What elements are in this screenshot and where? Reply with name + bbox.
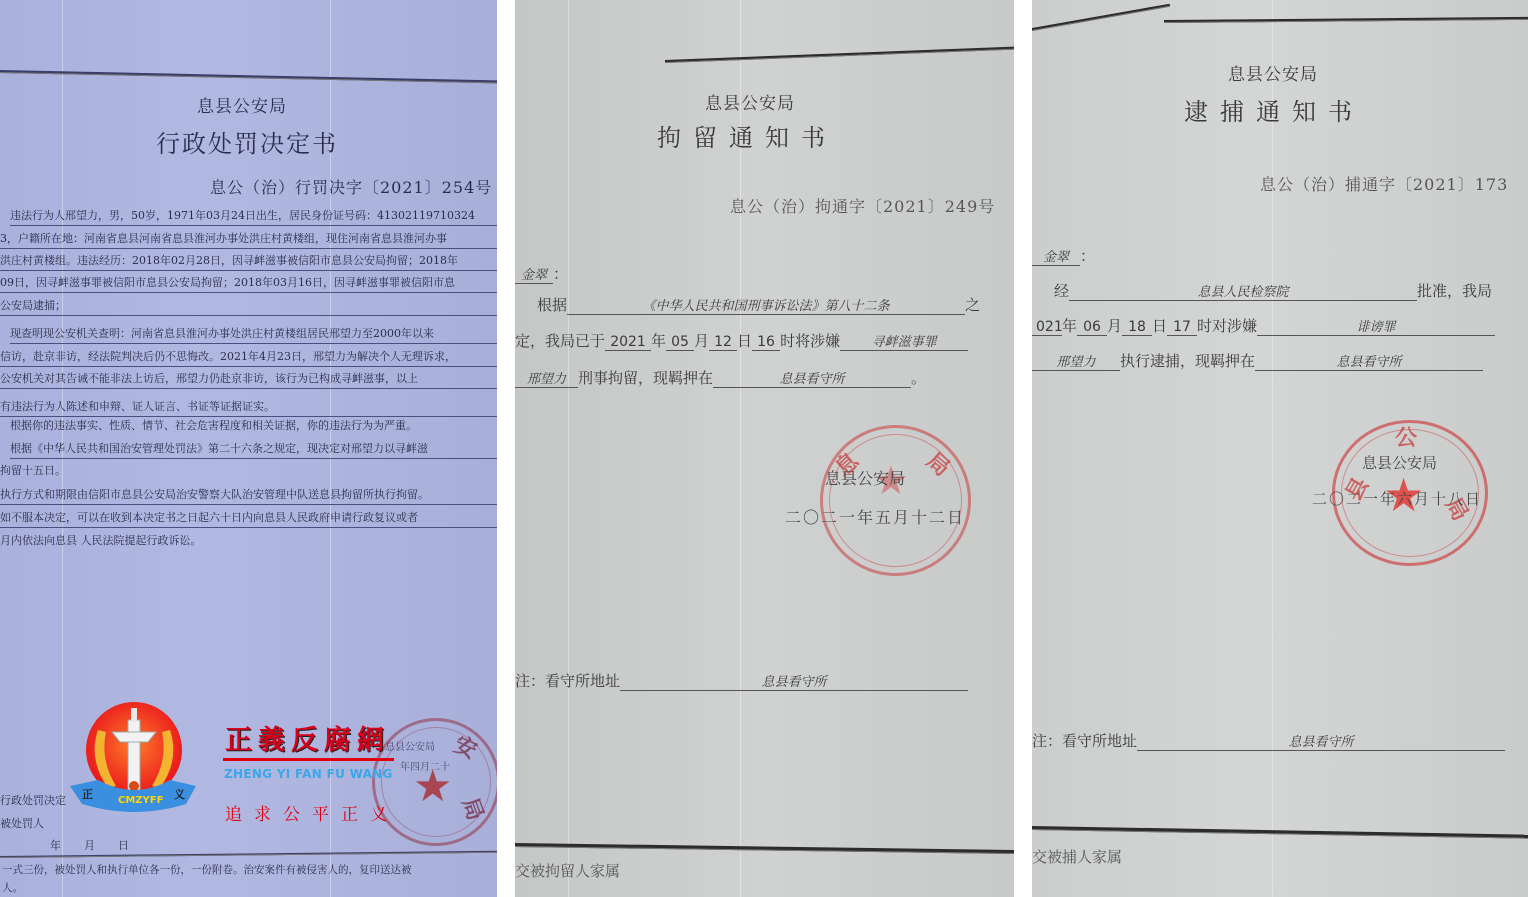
recipient-line: 金翠：	[515, 263, 568, 284]
issuer-name: 息县公安局	[1362, 452, 1437, 473]
body-line: 洪庄村黄楼组。违法经历：2018年02月28日，因寻衅滋事被信阳市息县公安局拘留…	[0, 252, 497, 271]
body-line: 3，户籍所在地：河南省息县河南省息县淮河办事处洪庄村黄楼组，现住河南省息县淮河办…	[0, 230, 497, 249]
detention-center-address: 息县看守所	[1137, 731, 1505, 751]
custody-location: 息县看守所	[1255, 351, 1483, 371]
paper-fold-line	[515, 843, 1014, 854]
watermark-slogan: 追求公平正义	[225, 800, 399, 825]
body-line: 违法行为人邢望力，男，50岁，1971年03月24日出生，居民身份证号码：413…	[10, 207, 497, 226]
body-line: 根据你的违法事实、性质、情节、社会危害程度和相关证据，你的违法行为为严重。	[10, 417, 497, 435]
suspected-charge: 诽谤罪	[1257, 316, 1495, 336]
footer-date-label: 年 月 日	[50, 837, 135, 853]
note-line: 注：看守所地址息县看守所	[1032, 730, 1505, 751]
detention-notice-photo: 息县公安局 拘留通知书 息公（治）拘通字〔2021〕249号 金翠： 根据《中华…	[515, 0, 1014, 897]
watermark-site-name: 正義反腐網	[225, 718, 390, 757]
body-line: 09日，因寻衅滋事罪被信阳市息县公安局拘留；2018年03月16日，因寻衅滋事罪…	[0, 274, 497, 293]
custody-location: 息县看守所	[713, 368, 911, 388]
document-number: 息公（治）行罚决字〔2021〕254号	[210, 175, 492, 198]
seal-agency-text: 息县公安局	[385, 738, 435, 753]
legal-basis-value: 《中华人民共和国刑事诉讼法》第八十二条	[567, 295, 965, 315]
custody-line: 邢望力执行逮捕，现羁押在息县看守所	[1032, 350, 1483, 371]
footer-penalized-label: 被处罚人	[0, 815, 44, 831]
svg-text:正: 正	[82, 787, 93, 801]
agency-name: 息县公安局	[197, 92, 287, 117]
zhengyi-fanfu-logo-icon: CMZYFF 正 义	[68, 700, 198, 815]
bottom-note-continued: 人。	[2, 880, 23, 895]
body-line: 月内依法向息县 人民法院提起行政诉讼。	[0, 532, 497, 550]
footer-note: 交被捕人家属	[1032, 846, 1122, 867]
paper-fold-line	[665, 46, 1014, 63]
paper-fold-line	[1164, 17, 1528, 23]
detention-center-address: 息县看守所	[620, 671, 968, 691]
document-number: 息公（治）捕通字〔2021〕173	[1260, 172, 1508, 195]
watermark-pinyin: ZHENG YI FAN FU WANG	[224, 767, 393, 781]
approval-line: 经息县人民检察院批准，我局	[1054, 280, 1492, 301]
paper-fold-line	[0, 70, 497, 83]
footer-decision-label: 行政处罚决定	[0, 792, 66, 808]
svg-text:CMZYFF: CMZYFF	[118, 795, 163, 806]
detention-time-line: 定，我局已于2021年05月12日16时将涉嫌寻衅滋事罪	[515, 330, 968, 351]
approving-authority: 息县人民检察院	[1069, 281, 1417, 301]
recipient-name: 金翠	[515, 264, 553, 284]
seal-date-text: 年四月二十	[400, 758, 450, 773]
document-title: 逮捕通知书	[1184, 92, 1364, 127]
issue-date: 二〇二一年五月十二日	[785, 505, 965, 528]
body-line: 现查明现公安机关查明：河南省息县淮河办事处洪庄村黄楼组居民邢望力至2000年以来	[10, 325, 497, 344]
paper-fold-line	[1032, 826, 1528, 839]
custody-line: 邢望力刑事拘留，现羁押在息县看守所。	[515, 367, 926, 388]
agency-name: 息县公安局	[1228, 60, 1318, 85]
body-line: 公安机关对其告诫不能非法上访后，邢望力仍赴京非访，该行为已构成寻衅滋事，以上	[0, 370, 497, 389]
body-line: 执行方式和期限由信阳市息县公安局治安警察大队治安管理中队送息县拘留所执行拘留。	[0, 486, 497, 505]
body-line: 拘留十五日。	[0, 462, 497, 480]
footer-note: 交被拘留人家属	[515, 860, 620, 881]
arrest-time-line: 021年06月18日17时对涉嫌诽谤罪	[1032, 315, 1495, 336]
document-title: 拘留通知书	[657, 118, 837, 153]
paper-crease	[1272, 0, 1273, 897]
detainee-name: 邢望力	[515, 368, 578, 388]
paper-fold-line	[1032, 4, 1170, 31]
document-title: 行政处罚决定书	[156, 124, 338, 159]
document-number: 息公（治）拘通字〔2021〕249号	[730, 194, 995, 217]
arrestee-name: 邢望力	[1032, 351, 1120, 371]
note-line: 注：看守所地址息县看守所	[515, 670, 968, 691]
recipient-name: 金翠	[1032, 246, 1080, 266]
body-line: 有违法行为人陈述和申辩、证人证言、书证等证据证实。	[0, 398, 497, 417]
suspected-charge: 寻衅滋事罪	[840, 331, 968, 351]
svg-text:义: 义	[174, 787, 185, 801]
body-line: 公安局逮捕；	[0, 297, 497, 316]
agency-name: 息县公安局	[705, 89, 795, 114]
paper-crease	[568, 0, 569, 897]
legal-basis-line: 根据《中华人民共和国刑事诉讼法》第八十二条之	[537, 294, 980, 315]
arrest-notice-photo: 息县公安局 逮捕通知书 息公（治）捕通字〔2021〕173 金翠： 经息县人民检…	[1032, 0, 1528, 897]
issue-date: 二〇二一年六月十八日	[1312, 488, 1482, 509]
recipient-line: 金翠：	[1032, 245, 1095, 266]
watermark-divider	[223, 758, 394, 761]
body-line: 信访，赴京非访，经法院判决后仍不思悔改。2021年4月23日，邢望力为解决个人无…	[0, 348, 497, 367]
bottom-note: 一式三份，被处罚人和执行单位各一份，一份附卷。治安案件有被侵害人的，复印送达被	[2, 862, 412, 877]
issuer-name: 息县公安局	[825, 466, 905, 489]
official-seal: ★ 息 局	[820, 425, 971, 576]
body-line: 根据《中华人民共和国治安管理处罚法》第二十六条之规定，现决定对邢望力以寻衅滋	[10, 440, 497, 459]
body-line: 如不服本决定，可以在收到本决定书之日起六十日内向息县人民政府申请行政复议或者	[0, 509, 497, 528]
administrative-penalty-decision-photo: 息县公安局 行政处罚决定书 息公（治）行罚决字〔2021〕254号 违法行为人邢…	[0, 0, 497, 897]
